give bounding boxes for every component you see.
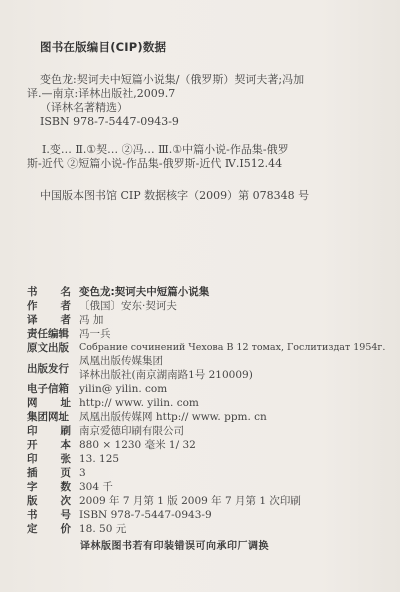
row-value-2: 译林出版社(南京湖南路1号 210009) bbox=[79, 368, 253, 382]
row-value: 凤凰出版传媒集团 bbox=[79, 354, 163, 368]
cip-line-1: 变色龙:契诃夫中短篇小说集/（俄罗斯）契诃夫著;冯加 bbox=[40, 73, 304, 87]
row-value: 变色龙:契诃夫中短篇小说集 bbox=[79, 285, 209, 299]
row-label: 电子信箱 bbox=[27, 382, 71, 396]
row-value: 凤凰出版传媒网 http:// www. ppm. cn bbox=[79, 410, 267, 424]
row-label: 作者 bbox=[27, 299, 71, 313]
row-label: 责任编辑 bbox=[27, 327, 71, 341]
row-value: 880 × 1230 毫米 1/ 32 bbox=[79, 438, 196, 452]
row-value: 18. 50 元 bbox=[79, 522, 126, 536]
row-label: 开本 bbox=[27, 438, 71, 452]
cip-line-3: （译林名著精选） bbox=[40, 101, 128, 115]
row-label: 字数 bbox=[27, 480, 71, 494]
row-label: 插页 bbox=[27, 466, 71, 480]
row-value: Собрание сочинений Чехова В 12 томах, Го… bbox=[79, 341, 385, 355]
cip-line-2: 译.—南京:译林出版社,2009.7 bbox=[27, 87, 175, 101]
misprint-note: 译林版图书若有印装错误可向承印厂调换 bbox=[80, 537, 269, 552]
row-value: 南京爱德印刷有限公司 bbox=[79, 424, 184, 438]
row-label: 版次 bbox=[27, 494, 71, 508]
row-value: ISBN 978-7-5447-0943-9 bbox=[79, 508, 212, 522]
row-label: 书名 bbox=[27, 285, 71, 299]
row-value: 3 bbox=[79, 466, 86, 480]
row-label: 印张 bbox=[27, 452, 71, 466]
row-label: 原文出版 bbox=[27, 341, 71, 355]
row-value: 13. 125 bbox=[79, 452, 119, 466]
cip-classification-1: Ⅰ.变… Ⅱ.①契… ②冯… Ⅲ.①中篇小说-作品集-俄罗 bbox=[42, 143, 289, 157]
row-label: 译者 bbox=[27, 313, 71, 327]
cip-classification-2: 斯-近代 ②短篇小说-作品集-俄罗斯-近代 Ⅳ.I512.44 bbox=[27, 157, 282, 171]
row-label: 网址 bbox=[27, 396, 71, 410]
row-label: 定价 bbox=[27, 522, 71, 536]
cip-isbn: ISBN 978-7-5447-0943-9 bbox=[40, 115, 179, 129]
row-value: 304 千 bbox=[79, 480, 113, 494]
row-value: 〔俄国〕安东·契诃夫 bbox=[79, 299, 177, 313]
row-label: 书号 bbox=[27, 508, 71, 522]
row-label: 印刷 bbox=[27, 424, 71, 438]
row-value: 冯一兵 bbox=[79, 327, 111, 341]
row-value: 冯 加 bbox=[79, 313, 103, 327]
cip-number: 中国版本图书馆 CIP 数据核字（2009）第 078348 号 bbox=[40, 189, 309, 203]
row-value: 2009 年 7 月第 1 版 2009 年 7 月第 1 次印刷 bbox=[79, 494, 301, 508]
row-label: 集团网址 bbox=[27, 410, 71, 424]
row-value: http:// www. yilin. com bbox=[79, 396, 199, 410]
row-value: yilin@ yilin. com bbox=[79, 382, 167, 396]
row-label: 出版发行 bbox=[27, 362, 71, 376]
copyright-page: 图书在版编目(CIP)数据 变色龙:契诃夫中短篇小说集/（俄罗斯）契诃夫著;冯加… bbox=[0, 0, 400, 592]
cip-heading: 图书在版编目(CIP)数据 bbox=[40, 39, 166, 55]
